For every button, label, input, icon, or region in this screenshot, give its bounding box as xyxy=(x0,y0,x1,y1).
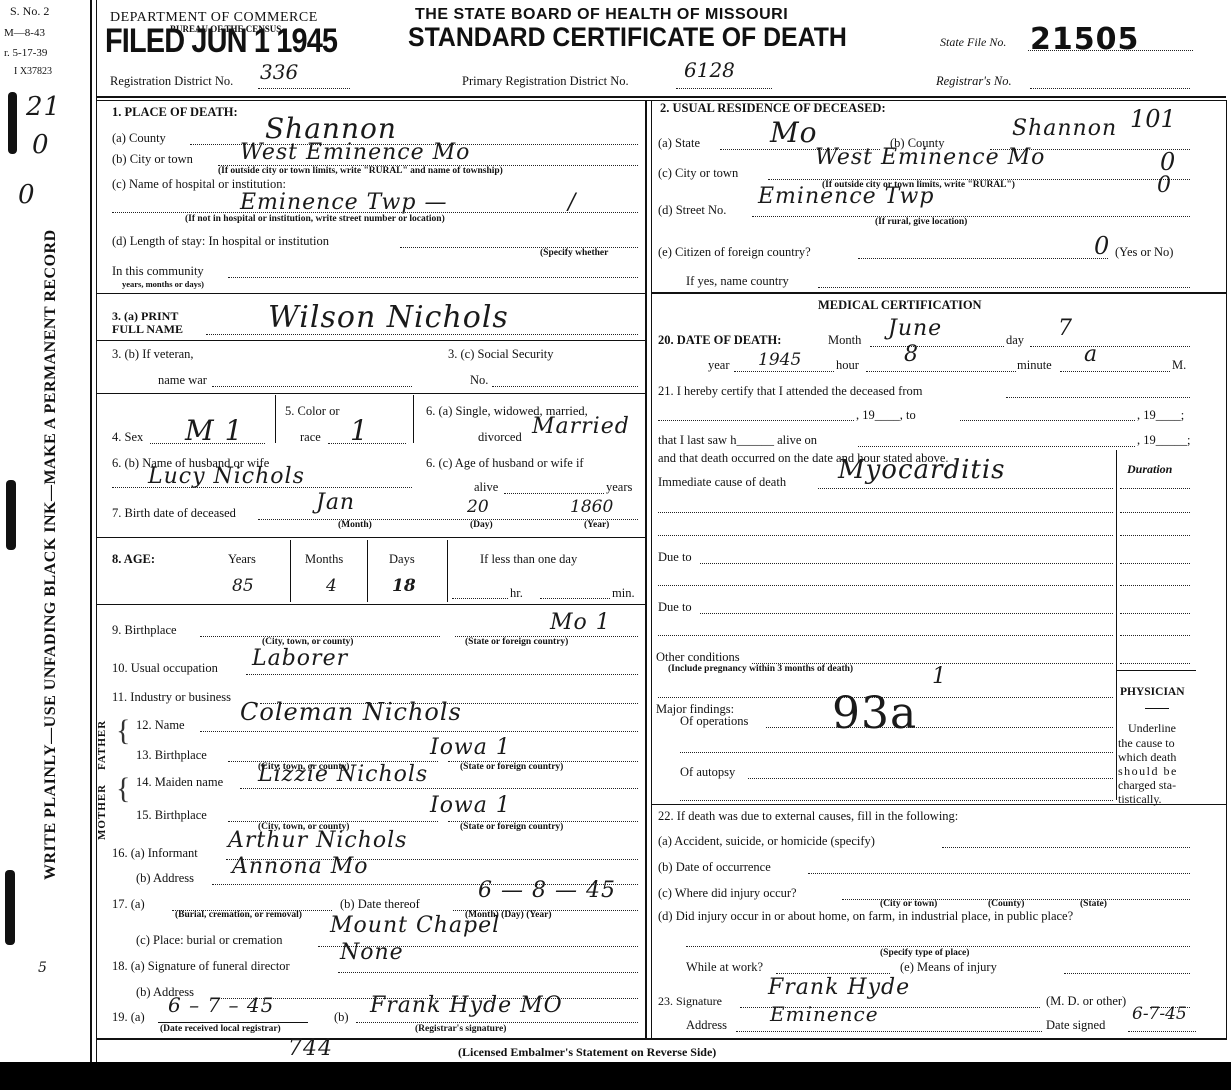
death-minute[interactable]: a xyxy=(1084,342,1098,367)
city-hint: (City or town) xyxy=(880,899,937,909)
death-city-hint: (If outside city or town limits, write "… xyxy=(218,166,503,176)
form-code: r. 5-17-39 xyxy=(4,47,47,59)
injury-location-label: (c) Where did injury occur? xyxy=(658,886,797,901)
days-label: Days xyxy=(389,552,415,567)
state-file-label: State File No. xyxy=(940,35,1006,50)
frame-left xyxy=(90,0,92,1062)
birthplace-state[interactable]: Mo 1 xyxy=(550,610,611,635)
min-label: min. xyxy=(612,586,635,601)
father-name-label: 12. Name xyxy=(136,718,185,733)
hospital-mark: / xyxy=(568,190,576,215)
name-label: FULL NAME xyxy=(112,322,183,337)
embalmer-note: (Licensed Embalmer's Statement on Revers… xyxy=(458,1045,716,1060)
hospital-name[interactable]: Eminence Twp — xyxy=(240,190,447,215)
burial-place[interactable]: Mount Chapel xyxy=(330,913,500,938)
registration-district-no: 336 xyxy=(260,60,298,84)
death-city-label: (b) City or town xyxy=(112,152,193,167)
county-hint: (County) xyxy=(988,899,1024,909)
margin-code: 0 xyxy=(32,130,50,160)
stay-hint: (Specify whether xyxy=(540,248,608,258)
certify-label: 21. I hereby certify that I attended the… xyxy=(658,384,922,399)
months-label: Months xyxy=(305,552,343,567)
hospital-hint: (If not in hospital or institution, writ… xyxy=(185,214,445,224)
community-hint: years, months or days) xyxy=(122,279,204,289)
other-mark: 1 xyxy=(932,664,947,689)
immediate-cause-label: Immediate cause of death xyxy=(658,475,786,490)
citizen-hint: (Yes or No) xyxy=(1115,245,1173,260)
date-signed[interactable]: 6-7-45 xyxy=(1132,1004,1187,1024)
sex-label: 4. Sex xyxy=(112,430,143,445)
funeral-director[interactable]: None xyxy=(340,940,404,965)
occurrence-date-label: (b) Date of occurrence xyxy=(658,860,771,875)
margin-code: 21 xyxy=(26,92,61,122)
registrar-hint: (Registrar's signature) xyxy=(415,1024,506,1034)
external-heading: 22. If death was due to external causes,… xyxy=(658,809,958,824)
death-month-label: Month xyxy=(828,333,861,348)
physician-note: Underline xyxy=(1128,722,1176,734)
autopsy-label: Of autopsy xyxy=(680,765,735,780)
residence-county[interactable]: Shannon xyxy=(1012,116,1117,141)
spouse-alive-label: alive xyxy=(474,480,498,495)
spouse-name[interactable]: Lucy Nichols xyxy=(148,464,305,489)
vertical-instruction: WRITE PLAINLY—USE UNFADING BLACK INK—MAK… xyxy=(42,229,60,880)
funeral-director-label: 18. (a) Signature of funeral director xyxy=(112,959,290,974)
place-of-death-heading: 1. PLACE OF DEATH: xyxy=(112,105,238,120)
residence-city[interactable]: West Eminence Mo xyxy=(815,145,1045,170)
father-brace: { xyxy=(116,714,130,748)
day-hint: (Day) xyxy=(470,520,493,530)
age-label: 8. AGE: xyxy=(112,552,155,567)
race-label: race xyxy=(300,430,321,445)
burial-date-label: (b) Date thereof xyxy=(340,897,420,912)
full-name[interactable]: Wilson Nichols xyxy=(268,300,509,335)
disposal-hint: (Burial, cremation, or removal) xyxy=(175,910,302,920)
color-label: 5. Color or xyxy=(285,404,340,419)
informant-name[interactable]: Arthur Nichols xyxy=(228,828,407,853)
last-year-label: , 19_____; xyxy=(1137,433,1190,448)
column-divider xyxy=(645,100,647,1040)
hr-label: hr. xyxy=(510,586,523,601)
street-label: (d) Street No. xyxy=(658,203,726,218)
age-years[interactable]: 85 xyxy=(232,576,254,596)
received-hint: (Date received local registrar) xyxy=(160,1024,281,1034)
state-hint: (State) xyxy=(1080,899,1107,909)
medical-heading: MEDICAL CERTIFICATION xyxy=(818,298,982,313)
father-name[interactable]: Coleman Nichols xyxy=(240,698,462,726)
age-months[interactable]: 4 xyxy=(326,576,337,596)
punch-mark xyxy=(6,480,16,550)
physician-heading: PHYSICIAN xyxy=(1120,686,1185,698)
industry-label: 11. Industry or business xyxy=(112,690,231,705)
veteran-label: 3. (b) If veteran, xyxy=(112,347,194,362)
signature-address[interactable]: Eminence xyxy=(770,1002,879,1026)
street-hint: (If rural, give location) xyxy=(875,217,967,227)
state-hint: (State or foreign country) xyxy=(460,822,563,832)
form-code: I X37823 xyxy=(14,66,52,77)
signature-label: 23. Signature xyxy=(658,994,722,1009)
mother-tag: MOTHER xyxy=(96,784,108,840)
disposal-label: 17. (a) xyxy=(112,897,145,912)
burial-date[interactable]: 6 — 8 — 45 xyxy=(478,878,616,903)
state-hint: (State or foreign country) xyxy=(460,762,563,772)
frame-left-inner xyxy=(96,0,97,1062)
at-work-label: While at work? xyxy=(686,960,763,975)
death-month[interactable]: June xyxy=(888,316,942,341)
mother-brace: { xyxy=(116,772,130,806)
age-days[interactable]: 18 xyxy=(392,576,416,596)
city-code: 0 xyxy=(1160,148,1175,176)
less-than-day-label: If less than one day xyxy=(480,552,577,567)
date-received[interactable]: 6 – 7 – 45 xyxy=(168,993,274,1017)
father-tag: FATHER xyxy=(96,720,108,770)
city-code: 0 xyxy=(1157,173,1171,198)
occupation-label: 10. Usual occupation xyxy=(112,661,218,676)
divorced-label: divorced xyxy=(478,430,522,445)
informant-address-label: (b) Address xyxy=(136,871,194,886)
signature-address-label: Address xyxy=(686,1018,727,1033)
state-hint: (State or foreign country) xyxy=(465,637,568,647)
certificate-title: STANDARD CERTIFICATE OF DEATH xyxy=(408,22,847,53)
hour-label: hour xyxy=(836,358,859,373)
primary-registration-no: 6128 xyxy=(684,58,735,82)
spouse-years-label: years xyxy=(606,480,632,495)
residence-state-label: (a) State xyxy=(658,136,700,151)
death-year[interactable]: 1945 xyxy=(758,350,801,370)
to-year-label: , 19____; xyxy=(1137,408,1184,423)
death-city[interactable]: West Eminence Mo xyxy=(240,140,470,165)
physician-note: charged sta- xyxy=(1118,778,1176,793)
duration-divider xyxy=(1116,450,1117,800)
means-label: (e) Means of injury xyxy=(900,960,997,975)
death-hour[interactable]: 8 xyxy=(904,342,919,367)
birth-month[interactable]: Jan xyxy=(316,490,355,515)
primary-registration-label: Primary Registration District No. xyxy=(462,74,629,89)
date-signed-label: Date signed xyxy=(1046,1018,1105,1033)
stay-label: (d) Length of stay: In hospital or insti… xyxy=(112,234,329,249)
birth-date-label: 7. Birth date of deceased xyxy=(112,506,236,521)
registration-district-label: Registration District No. xyxy=(110,74,233,89)
informant-label: 16. (a) Informant xyxy=(112,846,198,861)
residence-state[interactable]: Mo xyxy=(770,116,818,149)
father-birthplace-label: 13. Birthplace xyxy=(136,748,207,763)
death-day-label: day xyxy=(1006,333,1024,348)
death-year-label: year xyxy=(708,358,730,373)
mother-birthplace-label: 15. Birthplace xyxy=(136,808,207,823)
last-saw-label: that I last saw h______ alive on xyxy=(658,433,817,448)
form-code: S. No. 2 xyxy=(10,4,49,19)
war-label: name war xyxy=(158,373,207,388)
operations-label: Of operations xyxy=(680,714,748,729)
citizen-value[interactable]: 0 xyxy=(1094,232,1109,260)
country-label: If yes, name country xyxy=(686,274,789,289)
received-label: 19. (a) xyxy=(112,1010,145,1025)
physician-note: which death xyxy=(1118,750,1176,765)
registrar-no-label: Registrar's No. xyxy=(936,74,1012,89)
community-label: In this community xyxy=(112,264,204,279)
death-county-label: (a) County xyxy=(112,131,166,146)
minute-label: minute xyxy=(1017,358,1052,373)
margin-code: 0 xyxy=(18,180,36,210)
mother-name[interactable]: Lizzie Nichols xyxy=(258,762,428,787)
residence-heading: 2. USUAL RESIDENCE OF DECEASED: xyxy=(660,101,886,116)
death-day[interactable]: 7 xyxy=(1058,316,1073,341)
cause-code: 93a xyxy=(832,688,917,739)
immediate-cause[interactable]: Myocarditis xyxy=(838,455,1006,485)
physician-signature[interactable]: Frank Hyde xyxy=(768,975,910,1000)
occupation-value[interactable]: Laborer xyxy=(252,646,348,671)
death-certificate: S. No. 2 M—8-43 r. 5-17-39 I X37823 21 0… xyxy=(0,0,1231,1062)
birth-day[interactable]: 20 xyxy=(467,497,489,517)
accident-label: (a) Accident, suicide, or homicide (spec… xyxy=(658,834,875,849)
footer-number: 744 xyxy=(288,1036,333,1061)
due-to-2-label: Due to xyxy=(658,600,692,615)
social-security-label: 3. (c) Social Security xyxy=(448,347,554,362)
physician-note: should be xyxy=(1118,764,1178,779)
due-to-1-label: Due to xyxy=(658,550,692,565)
marital-status[interactable]: Married xyxy=(532,414,630,439)
other-conditions-label: Other conditions xyxy=(656,650,740,665)
punch-mark xyxy=(5,870,15,945)
ss-no-label: No. xyxy=(470,373,488,388)
street-value[interactable]: Eminence Twp xyxy=(758,184,934,209)
place-type-hint: (Specify type of place) xyxy=(880,948,969,958)
citizen-label: (e) Citizen of foreign country? xyxy=(658,245,811,260)
burial-place-label: (c) Place: burial or cremation xyxy=(136,933,282,948)
father-birthplace[interactable]: Iowa 1 xyxy=(430,735,511,760)
year-hint: (Year) xyxy=(584,520,609,530)
mother-name-label: 14. Maiden name xyxy=(136,775,223,790)
md-hint: (M. D. or other) xyxy=(1046,994,1126,1009)
form-code: M—8-43 xyxy=(4,27,45,39)
mother-birthplace[interactable]: Iowa 1 xyxy=(430,793,511,818)
residence-city-label: (c) City or town xyxy=(658,166,738,181)
filed-stamp: FILED JUN 1 1945 xyxy=(105,22,337,61)
m-label: M. xyxy=(1172,358,1186,373)
month-hint: (Month) xyxy=(338,520,372,530)
spouse-age-label: 6. (c) Age of husband or wife if xyxy=(426,456,584,471)
county-code: 101 xyxy=(1130,105,1176,133)
birthplace-label: 9. Birthplace xyxy=(112,623,177,638)
race-value[interactable]: 1 xyxy=(350,414,369,447)
sex-value[interactable]: M 1 xyxy=(185,414,243,447)
injury-place-label: (d) Did injury occur in or about home, o… xyxy=(658,909,1073,924)
punch-mark xyxy=(8,92,17,154)
physician-note: the cause to xyxy=(1118,736,1175,751)
birth-year[interactable]: 1860 xyxy=(570,497,613,517)
duration-label: Duration xyxy=(1127,462,1172,477)
years-label: Years xyxy=(228,552,256,567)
informant-address[interactable]: Annona Mo xyxy=(232,854,369,879)
margin-mark: 5 xyxy=(38,960,47,976)
state-file-no: 21505 xyxy=(1030,22,1139,57)
registrar-b-label: (b) xyxy=(334,1010,349,1025)
registrar-signature[interactable]: Frank Hyde MO xyxy=(370,993,563,1018)
from-to-label: , 19____, to xyxy=(856,408,916,423)
other-conditions-hint: (Include pregnancy within 3 months of de… xyxy=(668,664,853,674)
frame-right xyxy=(1226,100,1227,1040)
death-date-label: 20. DATE OF DEATH: xyxy=(658,333,781,348)
